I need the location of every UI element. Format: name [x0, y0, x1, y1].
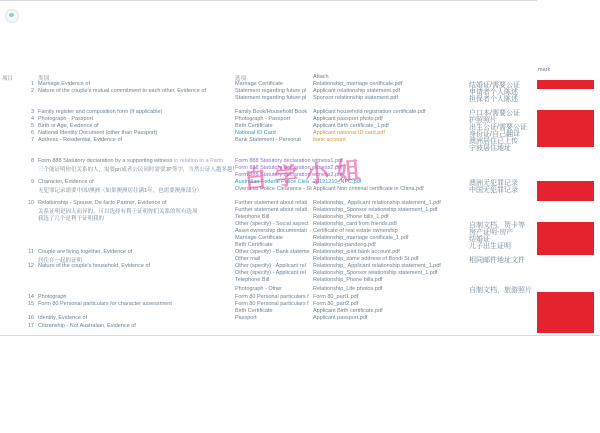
attach-file: Relationship_marriage certificate_1.pdf — [313, 235, 465, 241]
option-cell: Birth Certificate — [235, 308, 273, 314]
category-cell: Relationship - Spouse, De facto Partner,… — [38, 200, 234, 206]
table-row: 8Form 888 Statutory declaration by a sup… — [0, 158, 600, 165]
category-cell: Photograph — [38, 294, 234, 300]
mark-cell[interactable] — [537, 110, 594, 147]
attach-file: Relationship_joint bank account.pdf — [313, 249, 465, 255]
table-row: Telephone BillRelationship_Phone bills.p… — [0, 277, 600, 284]
option-cell: Telephone Bill — [235, 277, 269, 283]
item-number: 11 — [0, 249, 34, 255]
item-number: 9 — [0, 179, 34, 185]
item-number: 7 — [0, 137, 34, 143]
item-number: 8 — [0, 158, 34, 164]
mark-cell[interactable] — [537, 292, 594, 333]
item-number: 16 — [0, 315, 34, 321]
option-cell: Birth Certificate — [235, 123, 273, 129]
option-cell: Form 80 Personal particulars f — [235, 301, 309, 307]
category-cell: Photograph - Passport — [38, 116, 234, 122]
option-cell: Other (specify) - Applicant rel — [235, 270, 306, 276]
item-number: 1 — [0, 81, 34, 87]
attach-file: Applicant passport photo.pdf — [313, 116, 465, 122]
category-cell: Couple are living together, Evidence of — [38, 249, 234, 255]
option-cell: Asset ownership documentati — [235, 228, 307, 234]
header-mark: mark — [538, 67, 550, 73]
attach-file: Applicant national ID card.pdf — [313, 130, 465, 136]
category-cell: Character, Evidence of — [38, 179, 234, 185]
option-cell: Other (specify) - Social aspect — [235, 221, 309, 227]
option-cell: Birth Certificate — [235, 242, 273, 248]
category-cell: Form 888 Statutory declaration by a supp… — [38, 158, 234, 164]
note-cell: 担保者个人陈述 — [469, 94, 518, 104]
attach-file: Form 80_part1.pdf — [313, 294, 465, 300]
category-cell: Nature of the couple's household, Eviden… — [38, 263, 234, 269]
option-cell: Other (specify) - Bank stateme — [235, 249, 310, 255]
table-row: Statement regarding future plSponsor rel… — [0, 95, 600, 102]
option-cell: Marriage Certificate — [235, 81, 283, 87]
item-number: 14 — [0, 294, 34, 300]
category-cell: National Identity Document (other than P… — [38, 130, 234, 136]
option-cell: Photograph - Passport — [235, 116, 290, 122]
table-row: 17Citizenship - Not Australian, Evidence… — [0, 323, 600, 330]
attach-file: Relationship_marriage certificate.pdf — [313, 81, 465, 87]
option-cell: Other (specify) - Applicant rel — [235, 263, 306, 269]
item-number: 3 — [0, 109, 34, 115]
item-number: 2 — [0, 88, 34, 94]
category-cell: Identity, Evidence of — [38, 315, 234, 321]
category-cell: Marriage,Evidence of — [38, 81, 234, 87]
table-row: 14PhotographForm 80 Personal particulars… — [0, 294, 600, 301]
option-cell: Photograph - Other — [235, 286, 282, 292]
option-cell: Other mail — [235, 256, 260, 262]
table-row: 15Form 80 Personal particulars for chara… — [0, 301, 600, 308]
option-cell: Overseas Police Clearance - St — [235, 186, 312, 192]
attach-file: Relationship_Sponsor relationship statem… — [313, 207, 465, 213]
table-top-border — [0, 0, 537, 1]
spreadsheet: 项目 类别 选项 Attach mark 1Marriage,Evidence … — [0, 0, 600, 433]
logo-glyph — [9, 13, 14, 17]
table-row: 宁波居住地址 — [0, 144, 600, 151]
category-cell: Nature of the couple's mutual commitment… — [38, 88, 234, 94]
option-cell: Telephone Bill — [235, 214, 269, 220]
attach-file: Applicant Non criminal certificate in Ch… — [313, 186, 465, 192]
attach-file: Certificate of real estate ownership — [313, 228, 465, 234]
mark-cell[interactable] — [537, 80, 594, 89]
attach-file: Applicant passport.pdf — [313, 315, 465, 321]
option-cell: Statement regarding future pl — [235, 95, 306, 101]
note-cell: 宁波居住地址 — [469, 143, 511, 153]
item-number: 4 — [0, 116, 34, 122]
option-cell: Family Book/Household Book — [235, 109, 307, 115]
mark-cell[interactable] — [537, 222, 594, 255]
option-cell: Further statement about relati — [235, 207, 307, 213]
attach-file: Sponsor relationship statement.pdf — [313, 95, 465, 101]
option-cell: Further statement about relati — [235, 200, 307, 206]
table-row: Birth CertificateRelationship-pandong.pd… — [0, 242, 600, 249]
category-cell: Birth or Age, Evidence of — [38, 123, 234, 129]
table-row: 三个能证明你们关系的人，需要pr/或者公民同时需要JP签字，当然公证人越多越好F… — [0, 165, 600, 172]
table-row: 16Identity, Evidence ofPassportApplicant… — [0, 315, 600, 322]
attach-file: Applicant Birth certificate.pdf — [313, 308, 465, 314]
option-cell: Form 80 Personal particulars f — [235, 294, 309, 300]
option-cell: Form 888 Statutory declaration witness1.… — [235, 158, 343, 164]
table-row: Asset ownership documentatiCertificate o… — [0, 228, 600, 235]
table-row: 3Family register and composition form (i… — [0, 109, 600, 116]
table-bottom-border — [0, 335, 600, 336]
category-extra: in relation to a Partn — [173, 158, 224, 164]
category-cell: Family register and composition form (if… — [38, 109, 234, 115]
item-number: 15 — [0, 301, 34, 307]
table-row: Birth CertificateApplicant Birth certifi… — [0, 308, 600, 315]
attach-file: Form 80_part2.pdf — [313, 301, 465, 307]
category-cell: 无犯罪记录需要中国/澳洲（如果澳洲居住满1年，也需要澳洲部分） — [38, 186, 234, 194]
table-row: Photograph - OtherRelationship_Life phot… — [0, 286, 600, 293]
item-number: 17 — [0, 323, 34, 329]
option-cell[interactable]: National ID Card — [235, 130, 276, 136]
attach-file: Relationship_card from friends.pdf — [313, 221, 465, 227]
table-row: 10Relationship - Spouse, De facto Partne… — [0, 200, 600, 207]
item-number: 6 — [0, 130, 34, 136]
attach-file: Relationship_Phone bills.pdf — [313, 277, 465, 283]
app-logo-icon[interactable] — [5, 9, 19, 23]
option-cell[interactable]: Australian Federal Police Clea — [235, 179, 309, 185]
category-cell: Citizenship - Not Australian, Evidence o… — [38, 323, 234, 329]
option-cell: Statement regarding future pl — [235, 88, 306, 94]
attach-file: Relationship-pandong.pdf — [313, 242, 465, 248]
attach-file: Relationship_ Applicant relationship sta… — [313, 263, 465, 269]
attach-file: Relationship_same address of Bondi St.pd… — [313, 256, 465, 262]
note-cell: 中国无犯罪记录 — [469, 185, 518, 195]
category-cell: Form 80 Personal particulars for charact… — [38, 301, 234, 307]
table-row: 关系证明是因人而异的，可以选择有利于证明你们关系的所有选项Further sta… — [0, 207, 600, 214]
option-cell: Passport — [235, 315, 257, 321]
item-number: 5 — [0, 123, 34, 129]
table-row: 12Nature of the couple's household, Evid… — [0, 263, 600, 270]
attach-file: bank account — [313, 137, 465, 143]
attach-file: Relationship_Sponsor relationship statem… — [313, 270, 465, 276]
attach-file: Applicant Birth certificate_1.pdf — [313, 123, 465, 129]
option-cell: Form 888 Statutory declaration witness2.… — [235, 165, 343, 171]
option-cell: Marriage Certificate — [235, 235, 283, 241]
mark-cell[interactable] — [537, 181, 594, 201]
attach-file: Applicant household registration certifi… — [313, 109, 465, 115]
table-row: 无犯罪记录需要中国/澳洲（如果澳洲居住满1年，也需要澳洲部分）Overseas … — [0, 186, 600, 193]
table-row: 居住在一起的证明Other mailRelationship_same addr… — [0, 256, 600, 263]
item-number: 10 — [0, 200, 34, 206]
category-cell: Address - Residential, Evidence of — [38, 137, 234, 143]
attach-file: Relationship_Phone bills_1.pdf — [313, 214, 465, 220]
table-row: Other (specify) - Applicant relRelations… — [0, 270, 600, 277]
attach-file: Applicant relationship statement.pdf — [313, 88, 465, 94]
header-attach: Attach — [313, 74, 329, 80]
option-cell: Form 888 Statutory declaration witness3.… — [235, 172, 343, 178]
option-cell: Bank Statement - Personal — [235, 137, 301, 143]
attach-file: Relationship_ Applicant relationship sta… — [313, 200, 465, 206]
item-number: 12 — [0, 263, 34, 269]
attach-file: Relationship_Life photos.pdf — [313, 286, 465, 292]
attach-file[interactable]: 20191210_NPC.pdf — [313, 179, 465, 185]
